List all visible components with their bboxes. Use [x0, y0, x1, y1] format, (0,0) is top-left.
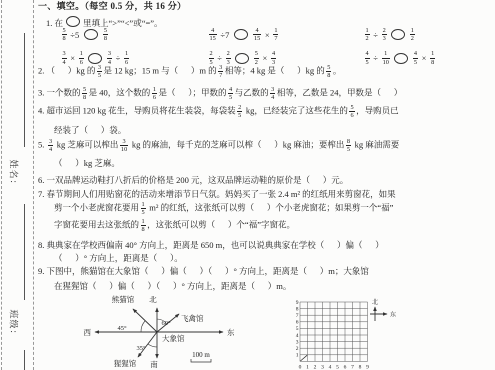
text-run: 字窗花要用去这张纸的: [54, 220, 139, 230]
fraction: 85: [346, 138, 351, 153]
question-8-line-2: （ ）° 方向上，距离是（ ）。: [54, 252, 487, 264]
question-5-line-2: （ ）kg 芝麻。: [54, 157, 487, 169]
angle-60-label: 60°: [161, 320, 171, 327]
text-run: ×: [420, 53, 429, 63]
text-run: ÷: [371, 53, 380, 63]
scale-bar: [191, 359, 211, 362]
text-run: 经装了（ ）袋。: [54, 125, 126, 135]
fraction-numerator: 4: [414, 50, 417, 57]
text-run: 是 12 kg；15 m 与（ ）m 的: [104, 66, 217, 76]
fraction-denominator: 5: [346, 145, 351, 153]
text-run: 4. 超市运回 120 kg 花生，导购员将花生装袋，每袋装: [38, 106, 236, 116]
fraction: 58: [326, 64, 331, 79]
question-7-line-2: 剪一个小老虎窗花要用15 m² 的红纸，这张纸可以剪（ ）个小老虎窗花；如果剪一…: [54, 201, 487, 216]
fraction: 15: [141, 201, 146, 216]
fraction-denominator: 5: [228, 93, 233, 101]
scale-label: 100 m: [192, 351, 210, 359]
answer-circle: [394, 53, 408, 64]
elephant-house-label: 大象馆: [162, 333, 185, 343]
answer-circle: [88, 53, 102, 64]
svg-text:4: 4: [296, 333, 299, 339]
south-label: 南: [150, 359, 158, 369]
fraction: 17: [273, 27, 278, 42]
svg-text:6: 6: [296, 320, 299, 326]
fraction-denominator: 15: [253, 34, 261, 42]
fraction: 58: [82, 86, 87, 101]
text-run: ÷: [114, 53, 123, 63]
fraction: 45: [228, 86, 233, 101]
answer-circle: [391, 29, 405, 40]
text-run: 与乙数的: [235, 88, 269, 98]
fraction-numerator: 2: [227, 50, 230, 57]
worksheet-page: { "margin": { "name_label": "姓名：", "clas…: [0, 0, 495, 370]
fraction-numerator: 2: [383, 27, 386, 34]
name-fill-line: [24, 33, 25, 147]
svg-text:5: 5: [336, 365, 339, 370]
east-label: 东: [227, 327, 235, 337]
grid-lines: [300, 302, 368, 361]
text-run: 7. 春节期间人们用贴窗花的活动来增添节日气氛。妈妈买了一张 2.4 m² 的红…: [38, 189, 396, 199]
answer-circle: [234, 29, 248, 40]
fraction: 56: [349, 104, 354, 119]
text-run: 剪一个小老虎窗花要用: [54, 203, 139, 213]
fraction-numerator: 1: [384, 50, 387, 57]
question-2: 2. （ ）kg 的35是 12 kg；15 m 与（ ）m 的37相等；4 k…: [38, 64, 487, 79]
grid-east-label: 东: [390, 311, 396, 319]
question-9-line-1: 9. 下图中，熊猫馆在大象馆（ ）偏（ ）（ ）° 方向上，距离是（ ）m；大象…: [38, 265, 487, 277]
class-fill-line: [24, 204, 25, 300]
fraction-numerator: 1: [142, 218, 145, 225]
section-title: 一、填空。（每空 0.5 分，共 16 分）: [38, 0, 487, 12]
fraction-denominator: 15: [209, 34, 217, 42]
fraction-numerator: 5: [83, 86, 86, 93]
fraction-denominator: 8: [82, 93, 87, 101]
fraction-denominator: 8: [141, 225, 146, 233]
fraction-denominator: 8: [326, 71, 331, 79]
fraction-numerator: 4: [366, 50, 369, 57]
text-run: 8. 典典家在学校西偏南 40° 方向上，距离是 650 m，也可以说典典家在学…: [38, 240, 384, 250]
west-label: 西: [84, 328, 92, 337]
fraction-denominator: 4: [270, 93, 275, 101]
fraction: 415: [209, 27, 217, 42]
text-run: 5.: [38, 140, 47, 150]
class-fill-line-2: [24, 350, 25, 370]
fraction: 18: [141, 218, 146, 233]
question-3: 3. 一个数的58是 40，这个数的16是（ ）；甲数的45与乙数的34相等，乙…: [38, 86, 487, 101]
svg-text:1: 1: [296, 353, 299, 359]
fraction-numerator: 5: [255, 50, 258, 57]
text-run: 。: [333, 66, 342, 76]
fraction-denominator: 6: [152, 93, 157, 101]
margin-dashed-line: [33, 0, 34, 370]
comparison-3: 12 ÷ 2312: [363, 27, 487, 42]
text-run: ÷7: [218, 30, 231, 40]
name-label: 姓名：: [8, 158, 21, 192]
question-7-line-1: 7. 春节期间人们用贴窗花的活动来增添节日气氛。妈妈买了一张 2.4 m² 的红…: [38, 188, 487, 200]
svg-text:2: 2: [314, 365, 317, 370]
angle-35-label: 35°: [136, 345, 146, 352]
fraction-denominator: 8: [103, 34, 108, 42]
fraction-numerator: 1: [142, 201, 145, 208]
svg-text:9: 9: [296, 300, 299, 306]
orangutan-house-label: 猩猩馆: [114, 358, 137, 368]
fraction-numerator: 5: [104, 27, 107, 34]
fraction-denominator: 8: [62, 34, 67, 42]
text-run: m² 的红纸，这张纸可以剪（ ）个小老虎窗花；如果剪一个“福”: [147, 203, 393, 213]
text-run: 6. 一双品牌运动鞋打八折后的价格是 200 元，这双品牌运动鞋的原价是（ ）元…: [38, 175, 348, 185]
fraction: 34: [48, 138, 53, 153]
text-run: 相等；4 kg 是（ ）kg 的: [225, 66, 325, 76]
fraction-numerator: 3: [271, 86, 274, 93]
origin-tick: [300, 355, 307, 361]
fraction: 58: [103, 27, 108, 42]
fraction-denominator: 6: [349, 111, 354, 119]
fraction-numerator: 3: [122, 138, 125, 145]
text-run: 是 40，这个数的: [89, 88, 151, 98]
svg-text:9: 9: [366, 365, 369, 370]
fraction-numerator: 1: [274, 27, 277, 34]
question-7-line-3: 字窗花要用去这张纸的18，这张纸可以剪（ ）个“福”字窗花。: [54, 218, 487, 233]
fraction-numerator: 8: [347, 138, 350, 145]
fraction-numerator: 3: [98, 64, 101, 71]
fraction-numerator: 4: [211, 27, 214, 34]
text-run: kg 麻油需要: [353, 140, 400, 150]
question-4-line-1: 4. 超市运回 120 kg 花生，导购员将花生装袋，每袋装25 kg，已经装完…: [38, 104, 487, 119]
text-run: ×: [68, 53, 77, 63]
fraction-denominator: 7: [218, 71, 223, 79]
fraction-numerator: 3: [49, 138, 52, 145]
fraction: 35: [97, 64, 102, 79]
north-label: 北: [149, 294, 157, 304]
svg-text:8: 8: [359, 365, 362, 370]
text-run: ÷: [215, 53, 224, 63]
question-5-line-1: 5. 34 kg 芝麻可以榨出310 kg 的麻油，每千克的芝麻可以榨（ ）kg…: [38, 138, 487, 153]
fraction-numerator: 3: [219, 64, 222, 71]
text-run: 2. （ ）kg 的: [38, 66, 95, 76]
question-4-line-2: 经装了（ ）袋。: [54, 124, 487, 136]
svg-text:7: 7: [296, 313, 299, 319]
fraction: 37: [218, 64, 223, 79]
text-run: 相等，乙数是 24，甲数是（ ）: [277, 88, 402, 98]
page-edge-dashed-line: [1, 0, 2, 370]
text-run: 9. 下图中，熊猫馆在大象馆（ ）偏（ ）（ ）° 方向上，距离是（ ）m；大象…: [38, 266, 369, 276]
text-run: （ ）kg 芝麻。: [54, 158, 120, 168]
fraction-numerator: 1: [411, 27, 414, 34]
fraction: 25: [237, 104, 242, 119]
svg-text:8: 8: [296, 306, 299, 312]
answer-grid: 01 23 45 67 89 12 34 56 78 9 北 东: [294, 290, 400, 370]
text-run: 是（ ）；甲数的: [158, 88, 226, 98]
text-run: kg 芝麻可以榨出: [55, 140, 119, 150]
fraction: 415: [253, 27, 261, 42]
fraction-numerator: 3: [108, 50, 111, 57]
fraction-numerator: 4: [272, 50, 275, 57]
y-axis-labels: 12 34 56 78 9: [296, 300, 299, 359]
fraction-denominator: 10: [120, 145, 128, 153]
comparison-1: 58 ÷5 58: [60, 27, 207, 42]
fraction-numerator: 1: [431, 50, 434, 57]
fraction: 16: [152, 86, 157, 101]
fraction-denominator: 4: [48, 145, 53, 153]
answer-circle: [66, 16, 80, 27]
fraction-numerator: 3: [63, 50, 66, 57]
answer-circle: [235, 53, 249, 64]
svg-text:0: 0: [299, 365, 302, 370]
text-run: ，这张纸可以剪（ ）个“福”字窗花。: [147, 220, 295, 230]
fraction: 12: [410, 27, 415, 42]
question-8-line-1: 8. 典典家在学校西偏南 40° 方向上，距离是 650 m，也可以说典典家在学…: [38, 239, 487, 251]
fraction-numerator: 1: [80, 50, 83, 57]
svg-text:3: 3: [296, 339, 299, 345]
svg-text:3: 3: [321, 365, 324, 370]
fraction-numerator: 1: [153, 86, 156, 93]
text-run: ×: [260, 53, 269, 63]
fraction-numerator: 5: [350, 104, 353, 111]
comparison-2: 415 ÷7 415 × 17: [207, 27, 363, 42]
zoo-direction-diagram: 北 南 西 东 熊猫馆 飞禽馆 猩猩馆 大象馆 45° 60° 35° 100 …: [55, 286, 295, 370]
fraction-numerator: 5: [327, 64, 330, 71]
text-run: kg，已经装完了这些花生的: [244, 106, 348, 116]
text-run: 3. 一个数的: [38, 88, 81, 98]
text-run: （ ）° 方向上，距离是（ ）。: [54, 253, 183, 263]
grid-compass: 北 东: [370, 298, 396, 321]
fraction-numerator: 2: [210, 50, 213, 57]
text-run: kg 的麻油，每千克的芝麻可以榨（ ）kg 麻油；要榨出: [130, 140, 345, 150]
fraction-numerator: 1: [125, 50, 128, 57]
fraction: 34: [270, 86, 275, 101]
fraction-numerator: 4: [256, 27, 259, 34]
text-run: ，导购员已: [356, 106, 399, 116]
question-6: 6. 一双品牌运动鞋打八折后的价格是 200 元，这双品牌运动鞋的原价是（ ）元…: [38, 174, 487, 186]
fraction-denominator: 5: [237, 111, 242, 119]
fraction-numerator: 2: [238, 104, 241, 111]
fraction: 12: [365, 27, 370, 42]
fraction-denominator: 3: [382, 34, 387, 42]
svg-text:2: 2: [296, 346, 299, 352]
panda-house-label: 熊猫馆: [112, 294, 135, 304]
class-label: 班级：: [8, 308, 21, 342]
x-axis-labels: 01 23 45 67 89: [299, 365, 370, 370]
fraction-denominator: 5: [141, 208, 146, 216]
fraction-denominator: 5: [97, 71, 102, 79]
bird-house-label: 飞禽馆: [181, 313, 204, 323]
fraction-denominator: 2: [410, 34, 415, 42]
answer-circle: [84, 29, 98, 40]
angle-45-label: 45°: [117, 325, 127, 332]
fraction: 310: [120, 138, 128, 153]
svg-text:6: 6: [344, 365, 347, 370]
svg-text:7: 7: [351, 365, 354, 370]
grid-north-label: 北: [372, 298, 378, 306]
fraction-numerator: 4: [229, 86, 232, 93]
fraction: 23: [382, 27, 387, 42]
text-run: ÷: [371, 30, 380, 40]
fraction-numerator: 1: [366, 27, 369, 34]
fraction-denominator: 7: [273, 34, 278, 42]
svg-text:1: 1: [306, 365, 309, 370]
fraction-denominator: 2: [365, 34, 370, 42]
comparison-grid: 58 ÷5 58 415 ÷7 415 × 17 12 ÷ 2312 34 × …: [60, 27, 487, 66]
text-run: ×: [263, 30, 272, 40]
fraction-numerator: 5: [63, 27, 66, 34]
svg-text:5: 5: [296, 326, 299, 332]
fraction: 58: [62, 27, 67, 42]
text-run: ÷5: [68, 30, 81, 40]
svg-text:4: 4: [329, 365, 332, 370]
